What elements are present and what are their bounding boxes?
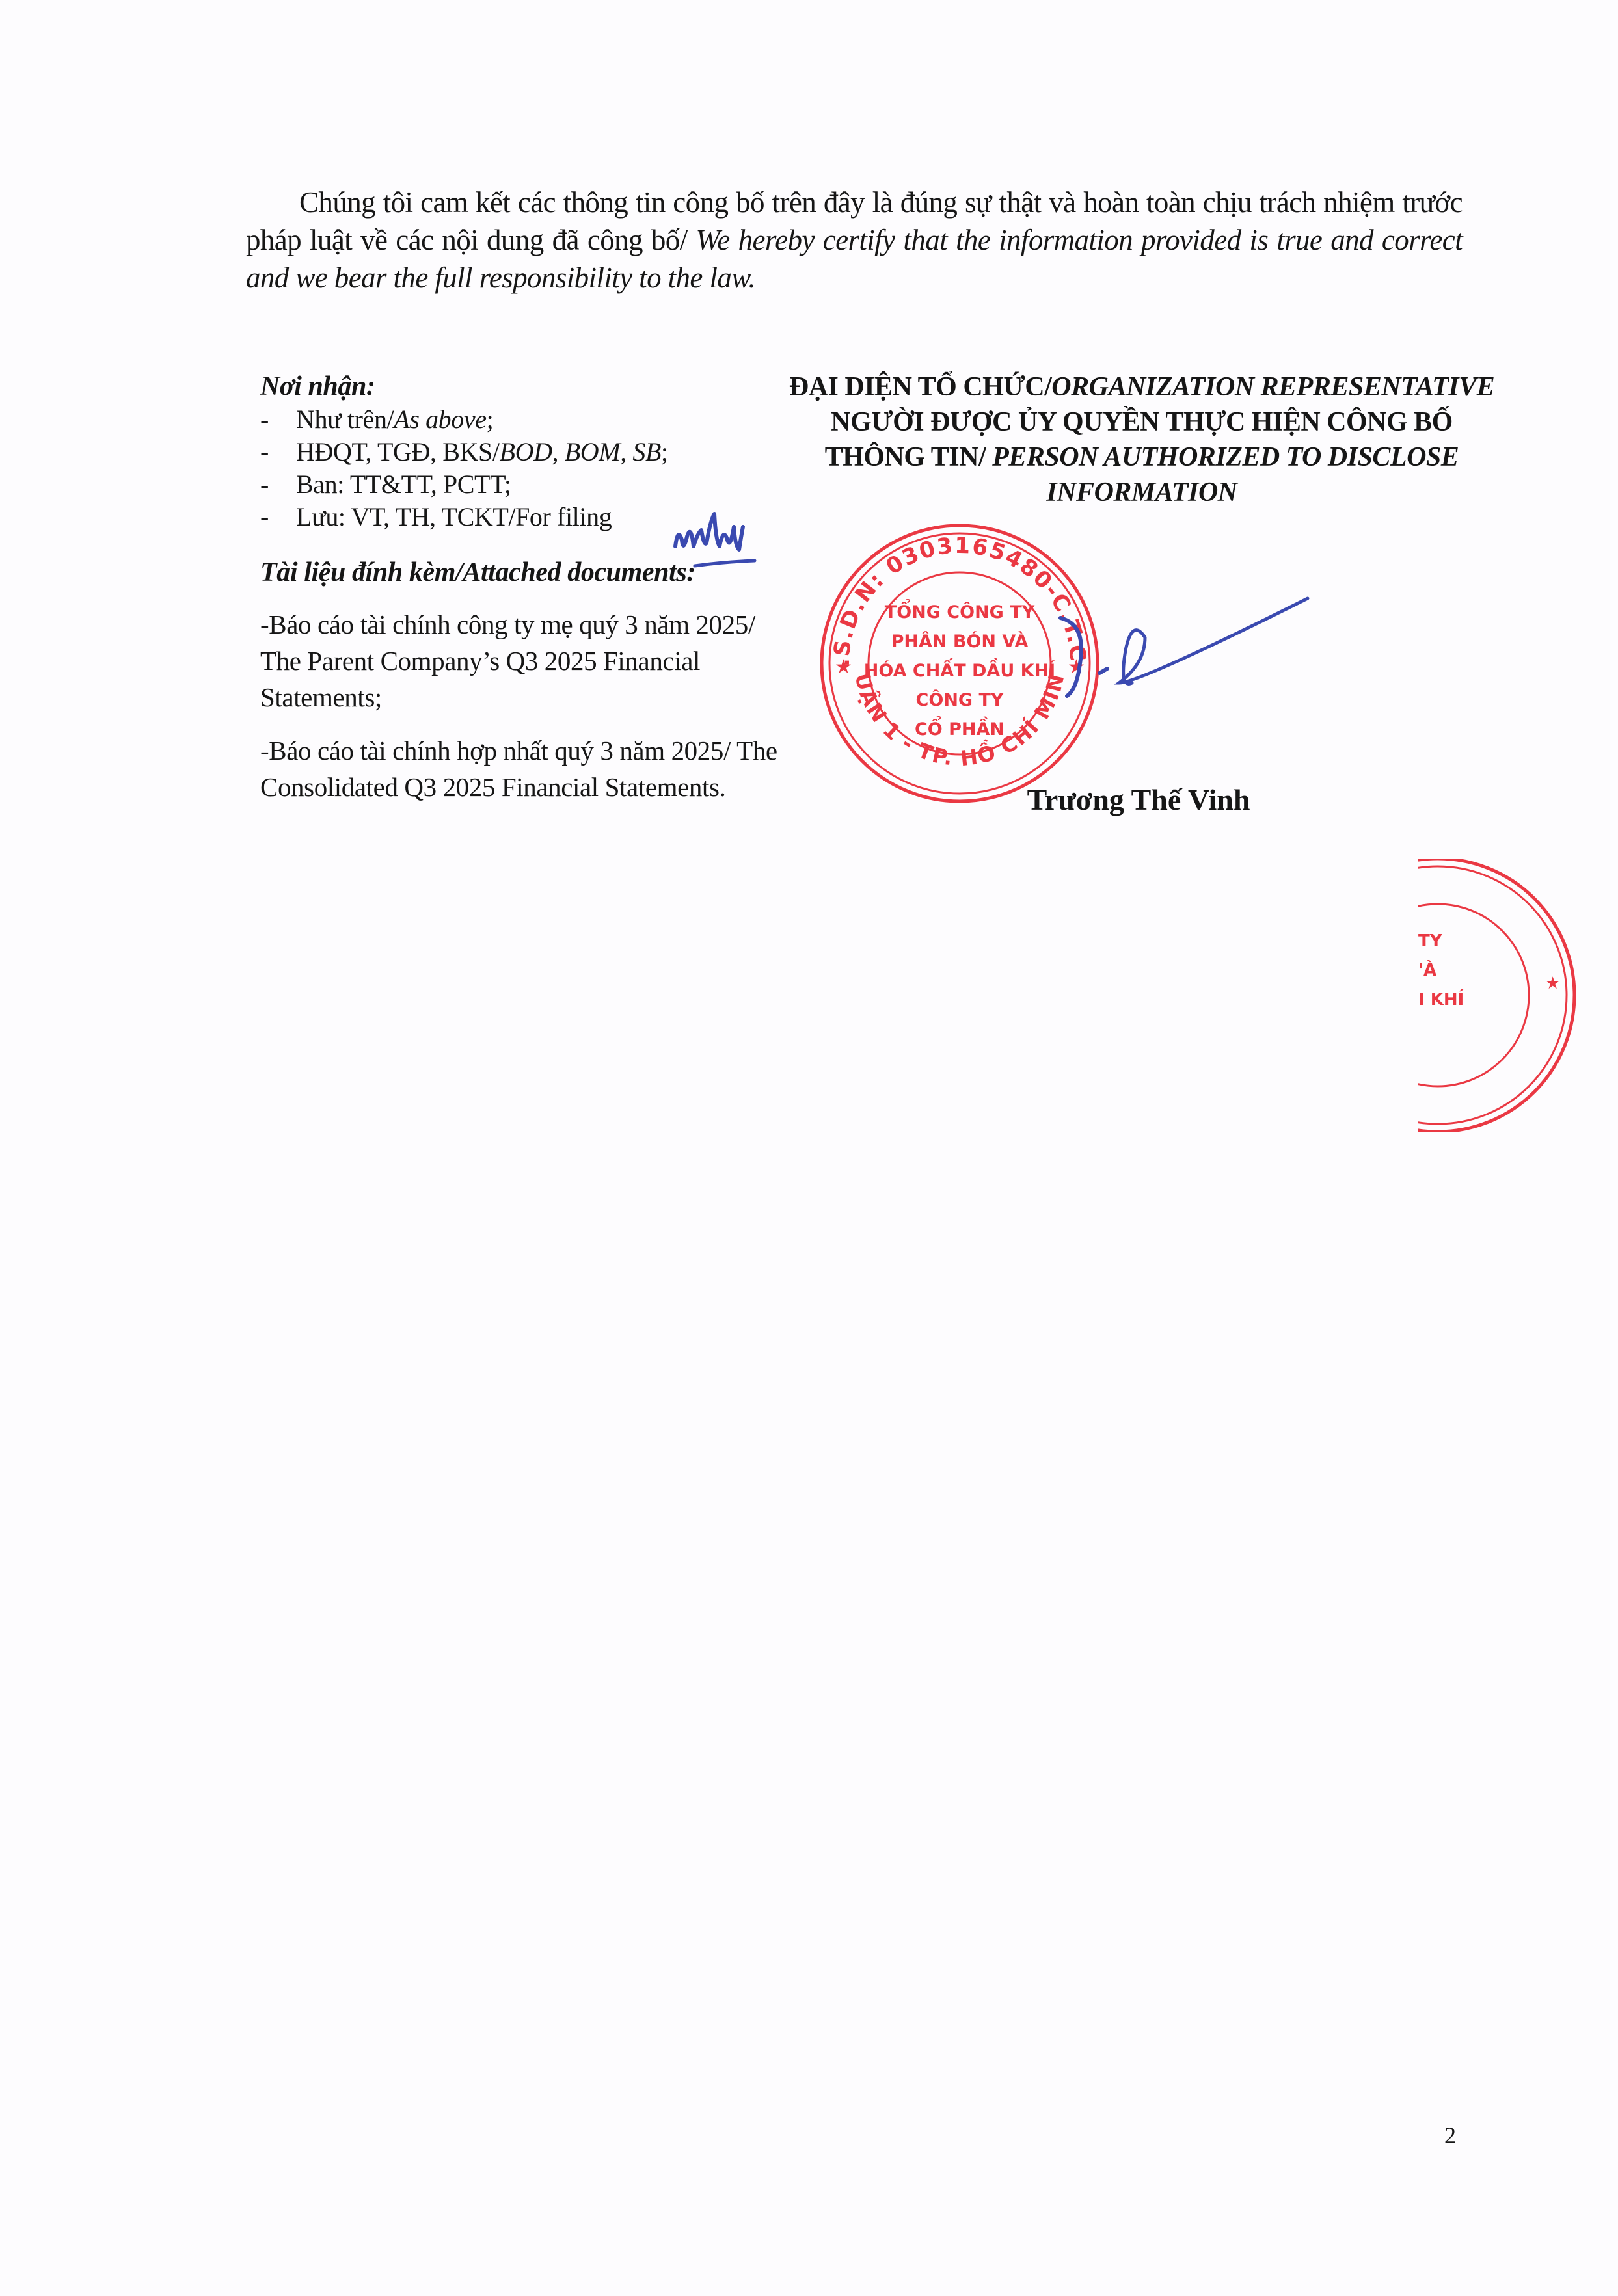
recipient-item: - HĐQT, TGĐ, BKS/BOD, BOM, SB;	[260, 436, 781, 468]
recipient-item: - Ban: TT&TT, PCTT;	[260, 468, 781, 501]
recipients-title: Nơi nhận:	[260, 369, 781, 403]
svg-text:QUẬN 1 - TP. HỒ CHÍ MINH: QUẬN 1 - TP. HỒ CHÍ MINH	[816, 520, 1070, 771]
svg-text:★: ★	[835, 656, 852, 678]
svg-text:HÓA CHẤT DẦU KHÍ: HÓA CHẤT DẦU KHÍ	[864, 658, 1055, 681]
signer-name: Trương Thế Vinh	[898, 781, 1379, 820]
representative-block: ĐẠI DIỆN TỔ CHỨC/ORGANIZATION REPRESENTA…	[787, 369, 1496, 510]
svg-text:I KHÍ: I KHÍ	[1418, 989, 1464, 1009]
svg-text:'À: 'À	[1418, 959, 1436, 980]
company-stamp-icon: M.S.D.N: 0303165480-C.T.C.P QUẬN 1 - TP.…	[816, 520, 1103, 807]
svg-text:CÔNG TY: CÔNG TY	[916, 689, 1004, 710]
attachment-item-consolidated: -Báo cáo tài chính hợp nhất quý 3 năm 20…	[260, 732, 781, 805]
svg-text:★: ★	[1068, 656, 1085, 678]
attachment-item-parent: -Báo cáo tài chính công ty mẹ quý 3 năm …	[260, 606, 781, 715]
main-signature-icon	[1047, 585, 1321, 715]
authorized-person-title: NGƯỜI ĐƯỢC ỦY QUYỀN THỰC HIỆN CÔNG BỐ TH…	[787, 405, 1496, 510]
svg-text:PHÂN BÓN VÀ: PHÂN BÓN VÀ	[891, 631, 1029, 652]
attachments-title: Tài liệu đính kèm/Attached documents:	[260, 555, 781, 589]
recipient-item: - Lưu: VT, TH, TCKT/For filing	[260, 501, 781, 533]
partial-stamp-icon: TY 'À I KHÍ ★	[1418, 859, 1618, 1132]
svg-text:TỔNG CÔNG TY: TỔNG CÔNG TY	[885, 598, 1035, 622]
svg-text:★: ★	[1545, 974, 1560, 993]
svg-text:TY: TY	[1418, 931, 1443, 951]
representative-title: ĐẠI DIỆN TỔ CHỨC/ORGANIZATION REPRESENTA…	[787, 369, 1496, 405]
page-number: 2	[1444, 2122, 1456, 2149]
recipient-item: - Như trên/As above;	[260, 403, 781, 436]
svg-text:CỔ PHẦN: CỔ PHẦN	[915, 715, 1005, 740]
svg-text:M.S.D.N: 0303165480-C.T.C.P: M.S.D.N: 0303165480-C.T.C.P	[816, 520, 1090, 667]
recipients-list: - Như trên/As above; - HĐQT, TGĐ, BKS/BO…	[260, 403, 781, 533]
certification-paragraph: Chúng tôi cam kết các thông tin công bố …	[246, 183, 1463, 297]
recipients-block: Nơi nhận: - Như trên/As above; - HĐQT, T…	[260, 369, 781, 805]
